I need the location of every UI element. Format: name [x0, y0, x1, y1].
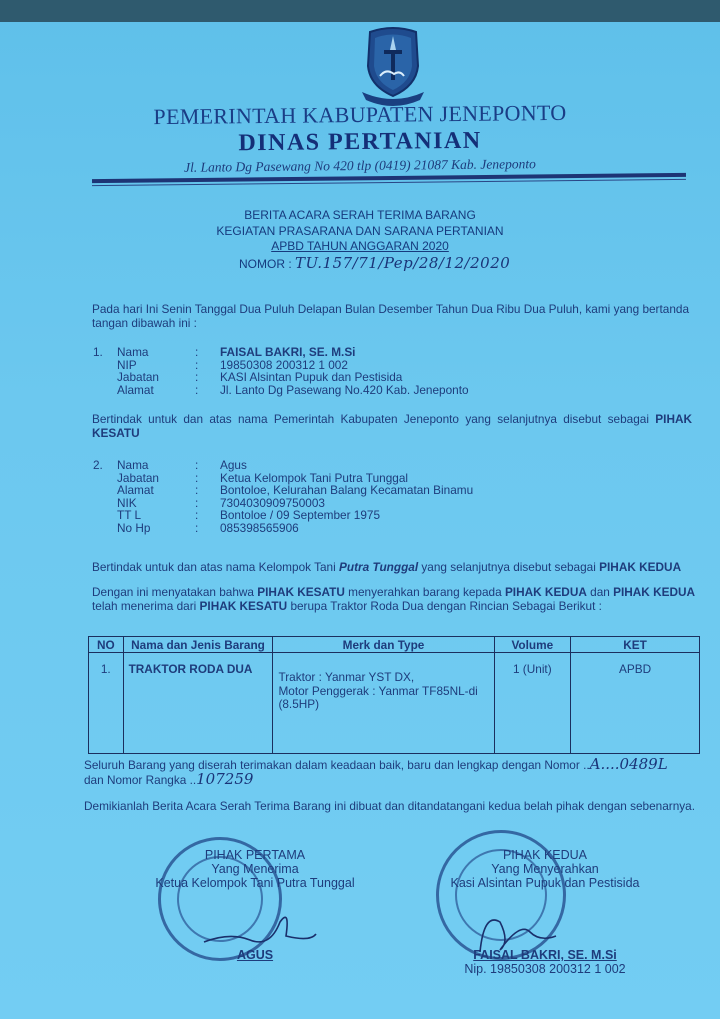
party2-row: TT L : Bontoloe / 09 September 1975 — [93, 509, 473, 522]
col-header-volume: Volume — [494, 637, 571, 653]
party2-row: 2. Nama : Agus — [93, 459, 473, 472]
party2-row: No Hp : 085398565906 — [93, 522, 473, 535]
closing-paragraph: Demikianlah Berita Acara Serah Terima Ba… — [84, 799, 704, 813]
handover-statement: Dengan ini menyatakan bahwa PIHAK KESATU… — [92, 585, 702, 613]
nomor-label: NOMOR : — [239, 257, 292, 271]
field-label: Nama — [117, 346, 195, 359]
title-line-2: KEGIATAN PRASARANA DAN SARANA PERTANIAN — [200, 224, 520, 240]
field-label: Jabatan — [117, 371, 195, 384]
field-value: FAISAL BAKRI, SE. M.Si — [220, 346, 469, 359]
sig-role: PIHAK PERTAMA — [150, 848, 360, 862]
field-value: Bontoloe / 09 September 1975 — [220, 509, 473, 522]
col-header-no: NO — [89, 637, 124, 653]
field-value: Bontoloe, Kelurahan Balang Kecamatan Bin… — [220, 484, 473, 497]
field-value: Jl. Lanto Dg Pasewang No.420 Kab. Jenepo… — [220, 384, 469, 397]
sig-action: Yang Menerima — [150, 862, 360, 876]
party2-details: 2. Nama : Agus Jabatan : Ketua Kelompok … — [93, 459, 473, 534]
nomor-value: TU.157/71/Pep/28/12/2020 — [295, 254, 510, 272]
party2-role: PIHAK KEDUA — [599, 560, 681, 574]
col-header-ket: KET — [571, 637, 700, 653]
group-name: Putra Tunggal — [339, 560, 418, 574]
sig-position: Kasi Alsintan Pupuk dan Pestisida — [430, 876, 660, 890]
col-header-name: Nama dan Jenis Barang — [123, 637, 273, 653]
cell-no: 1. — [89, 653, 124, 754]
sig-nip: Nip. 19850308 200312 1 002 — [430, 962, 660, 976]
party2-row: Alamat : Bontoloe, Kelurahan Balang Keca… — [93, 484, 473, 497]
field-value: KASI Alsintan Pupuk dan Pestisida — [220, 371, 469, 384]
field-label: No Hp — [117, 522, 195, 535]
document-title: BERITA ACARA SERAH TERIMA BARANG KEGIATA… — [200, 208, 520, 255]
title-line-1: BERITA ACARA SERAH TERIMA BARANG — [200, 208, 520, 224]
signature-scrawl-right-icon — [470, 902, 560, 962]
party1-row: Alamat : Jl. Lanto Dg Pasewang No.420 Ka… — [93, 384, 469, 397]
items-table: NO Nama dan Jenis Barang Merk dan Type V… — [88, 636, 700, 754]
table-row: 1. TRAKTOR RODA DUA Traktor : Yanmar YST… — [89, 653, 700, 754]
sig-role: PIHAK KEDUA — [430, 848, 660, 862]
field-value: Agus — [220, 459, 473, 472]
party1-row: Jabatan : KASI Alsintan Pupuk dan Pestis… — [93, 371, 469, 384]
party1-row: 1. Nama : FAISAL BAKRI, SE. M.Si — [93, 346, 469, 359]
sig-action: Yang Menyerahkan — [430, 862, 660, 876]
field-label: TT L — [117, 509, 195, 522]
cell-volume: 1 (Unit) — [494, 653, 571, 754]
engine-number: A....0489L — [590, 755, 668, 773]
party1-number: 1. — [93, 346, 117, 359]
field-label: Nama — [117, 459, 195, 472]
field-value: 085398565906 — [220, 522, 473, 535]
chassis-number: 107259 — [196, 770, 253, 788]
cell-ket: APBD — [571, 653, 700, 754]
intro-paragraph: Pada hari Ini Senin Tanggal Dua Puluh De… — [92, 302, 692, 330]
field-label: Alamat — [117, 484, 195, 497]
field-label: Alamat — [117, 384, 195, 397]
condition-statement: Seluruh Barang yang diserah terimakan da… — [84, 757, 704, 787]
cell-name: TRAKTOR RODA DUA — [123, 653, 273, 754]
title-line-3: APBD TAHUN ANGGARAN 2020 — [200, 239, 520, 255]
cell-merk: Traktor : Yanmar YST DX, Motor Penggerak… — [273, 653, 494, 754]
sig-position: Ketua Kelompok Tani Putra Tunggal — [150, 876, 360, 890]
top-bar — [0, 0, 720, 22]
party2-number: 2. — [93, 459, 117, 472]
document-page: PEMERINTAH KABUPATEN JENEPONTO DINAS PER… — [0, 22, 720, 1019]
col-header-merk: Merk dan Type — [273, 637, 494, 653]
items-table-header: NO Nama dan Jenis Barang Merk dan Type V… — [89, 637, 700, 653]
document-number: NOMOR : TU.157/71/Pep/28/12/2020 — [239, 254, 510, 272]
signature-scrawl-left-icon — [200, 912, 320, 952]
party1-details: 1. Nama : FAISAL BAKRI, SE. M.Si NIP : 1… — [93, 346, 469, 396]
party2-statement: Bertindak untuk dan atas nama Kelompok T… — [92, 560, 692, 574]
crest-logo-icon — [360, 26, 426, 106]
party1-statement: Bertindak untuk dan atas nama Pemerintah… — [92, 412, 692, 440]
